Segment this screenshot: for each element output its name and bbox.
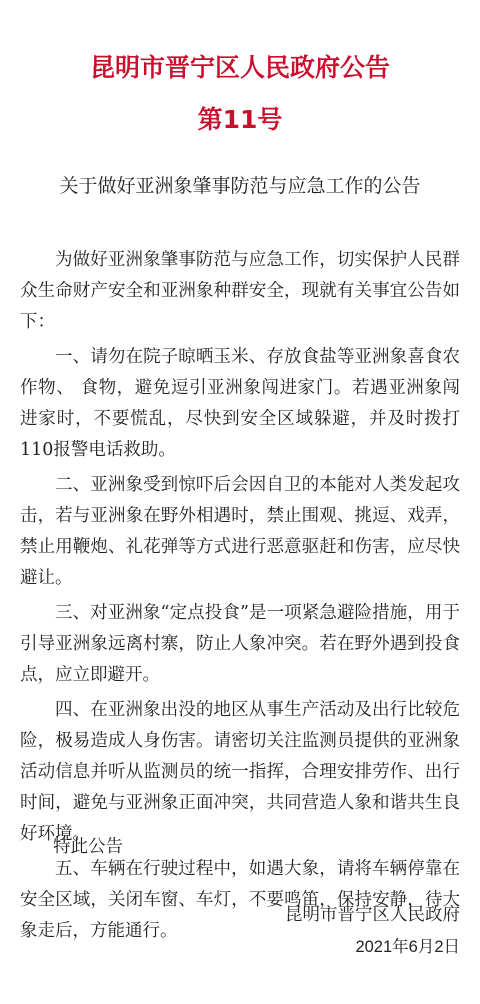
signature-organization: 昆明市晋宁区人民政府 (285, 901, 460, 926)
announcement-number: 第11号 (0, 100, 480, 136)
paragraph-intro: 为做好亚洲象肇事防范与应急工作，切实保护人民群众生命财产安全和亚洲象种群安全，现… (20, 245, 460, 338)
closing-statement: 特此公告 (53, 833, 123, 858)
paragraph-item-4: 四、在亚洲象出没的地区从事生产活动及出行比较危险，极易造成人身伤害。请密切关注监… (20, 695, 460, 850)
announcement-title: 昆明市晋宁区人民政府公告 (0, 48, 480, 84)
announcement-subtitle: 关于做好亚洲象肇事防范与应急工作的公告 (0, 171, 480, 198)
paragraph-item-3: 三、对亚洲象“定点投食”是一项紧急避险措施，用于引导亚洲象远离村寨，防止人象冲突… (20, 598, 460, 691)
signature-date: 2021年6月2日 (355, 933, 460, 957)
paragraph-item-2: 二、亚洲象受到惊吓后会因自卫的本能对人类发起攻击，若与亚洲象在野外相遇时，禁止围… (20, 470, 460, 594)
paragraph-item-1: 一、请勿在院子晾晒玉米、存放食盐等亚洲象喜食农作物、 食物，避免逗引亚洲象闯进家… (20, 342, 460, 466)
announcement-page: 昆明市晋宁区人民政府公告 第11号 关于做好亚洲象肇事防范与应急工作的公告 为做… (0, 0, 480, 1004)
